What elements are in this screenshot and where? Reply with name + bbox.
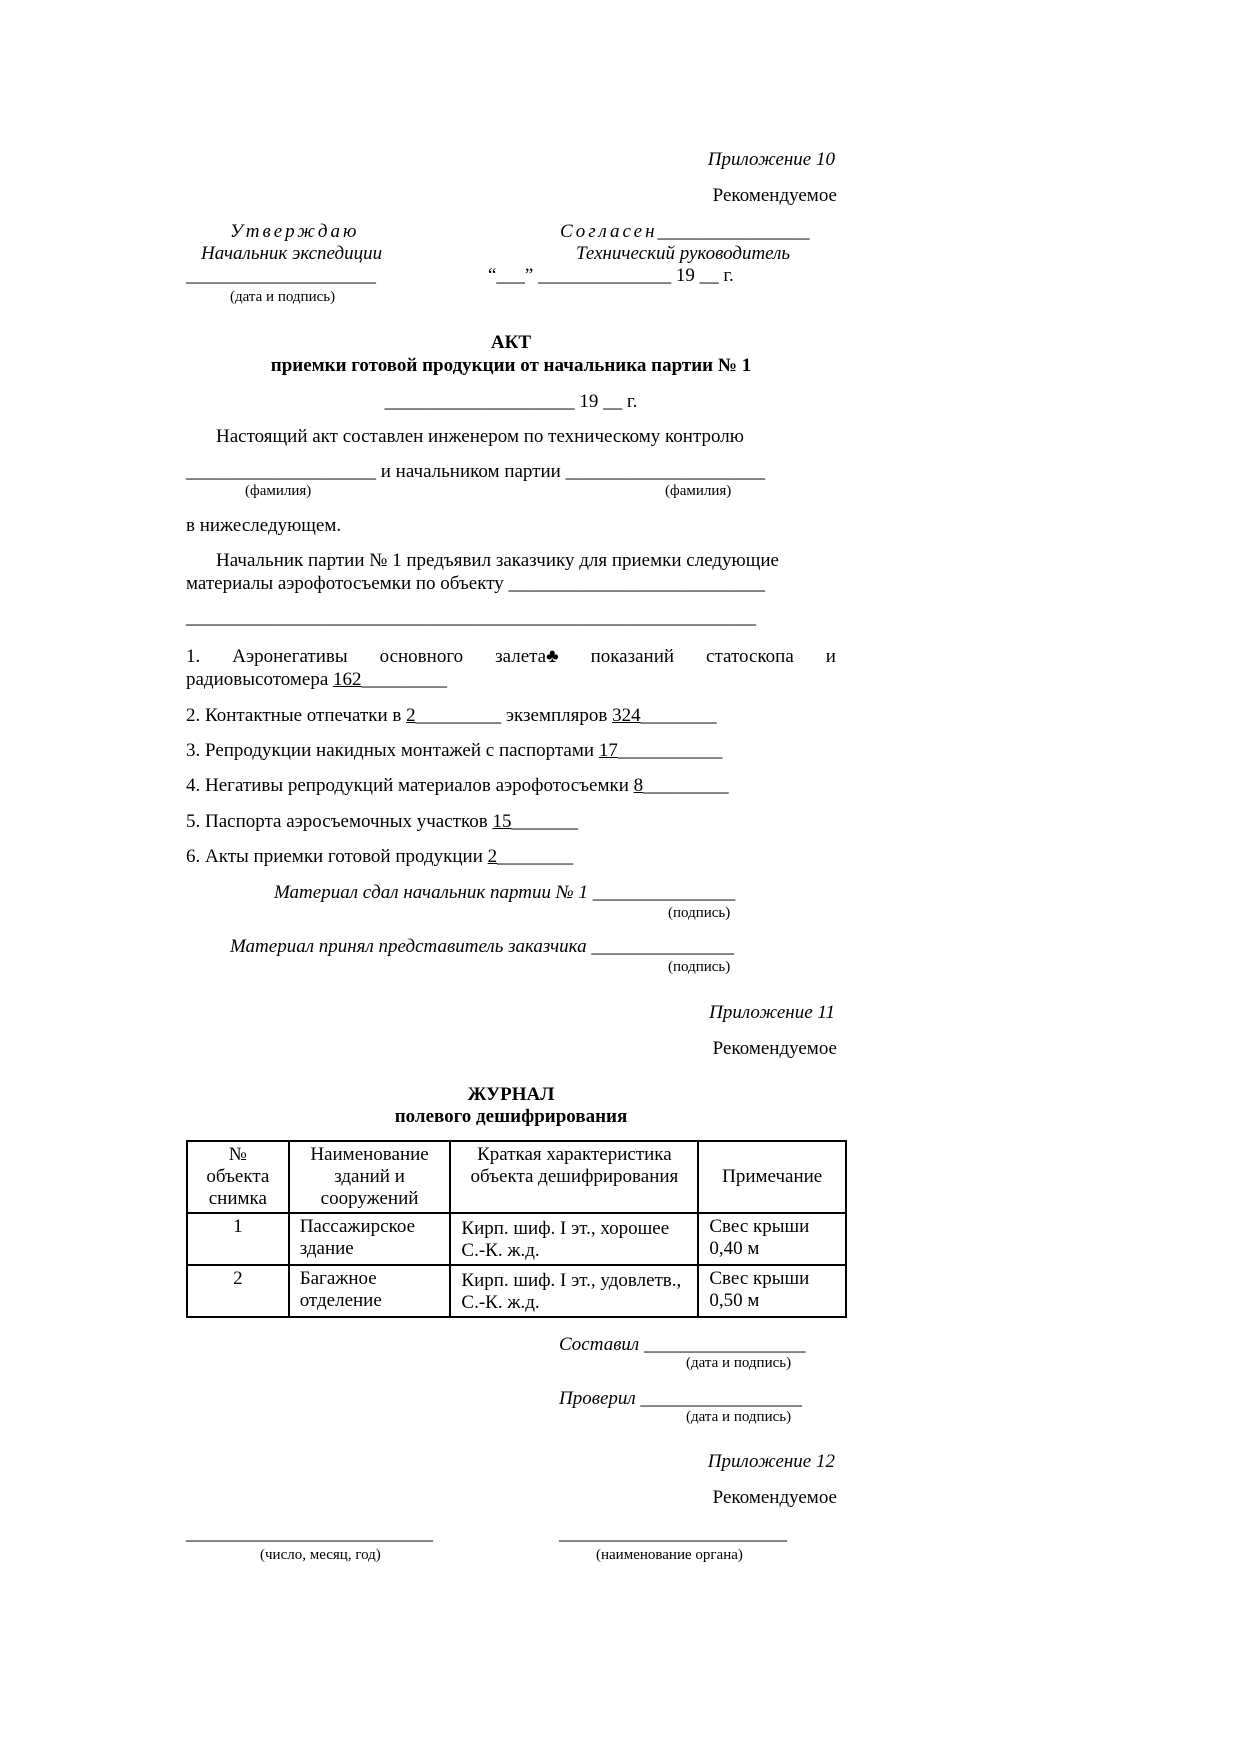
item-5: 5. Паспорта аэросъемочных участков 15___…: [186, 812, 578, 831]
item-2: 2. Контактные отпечатки в 2_________ экз…: [186, 706, 717, 725]
agree-date-line[interactable]: “___” ______________ 19 __ г.: [488, 266, 734, 285]
item-3: 3. Репродукции накидных монтажей с паспо…: [186, 741, 722, 760]
appendix-10-label: Приложение 10: [708, 150, 835, 169]
engineer-surname-caption: (фамилия): [245, 484, 311, 499]
agree-role: Технический руководитель: [576, 244, 790, 263]
organ-caption: (наименование органа): [596, 1548, 743, 1563]
cell-object-number: 1: [187, 1213, 289, 1265]
compiled-caption: (дата и подпись): [686, 1356, 791, 1371]
journal-subtitle: полевого дешифрирования: [186, 1107, 836, 1126]
item-2-copies-value[interactable]: 2: [406, 705, 416, 726]
act-names-row: ____________________ и начальником парти…: [186, 462, 765, 481]
accepted-caption: (подпись): [668, 960, 730, 975]
item-1-word: статоскопа: [706, 647, 794, 666]
agree-word: Согласен: [560, 221, 658, 242]
item-1-word: и: [826, 647, 836, 666]
item-2-text: 2. Контактные отпечатки в: [186, 705, 406, 726]
checked-caption: (дата и подпись): [686, 1410, 791, 1425]
item-6-blank[interactable]: ________: [497, 846, 573, 867]
appendix-11-status: Рекомендуемое: [713, 1039, 837, 1058]
header-note: Примечание: [698, 1141, 846, 1213]
item-2-count-value[interactable]: 324: [612, 705, 641, 726]
item-2-text-b: экземпляров: [501, 705, 612, 726]
party-chief-surname-line[interactable]: _____________________: [566, 461, 766, 482]
header-line: объекта: [192, 1166, 284, 1188]
cell-object-number: 2: [187, 1265, 289, 1317]
table-header-row: № объекта снимка Наименование зданий и с…: [187, 1141, 846, 1213]
item-4-value[interactable]: 8: [634, 775, 644, 796]
checked-signature[interactable]: Проверил _________________: [559, 1389, 802, 1408]
agree-signature-line[interactable]: ________________: [658, 221, 810, 242]
act-intro: Настоящий акт составлен инженером по тех…: [216, 427, 744, 446]
appendix-10-status: Рекомендуемое: [713, 186, 837, 205]
journal-title: ЖУРНАЛ: [186, 1085, 836, 1104]
item-1-text: радиовысотомера: [186, 669, 333, 690]
item-3-text: 3. Репродукции накидных монтажей с паспо…: [186, 740, 599, 761]
compiled-signature[interactable]: Составил _________________: [559, 1335, 805, 1354]
item-3-blank[interactable]: ___________: [618, 740, 723, 761]
header-line: снимка: [192, 1188, 284, 1210]
item-1-line-2: радиовысотомера 162_________: [186, 670, 447, 689]
act-paragraph-line-2[interactable]: материалы аэрофотосъемки по объекту ____…: [186, 574, 765, 593]
item-4: 4. Негативы репродукций материалов аэроф…: [186, 776, 729, 795]
item-1-word: 1.: [186, 647, 200, 666]
header-line: зданий и: [294, 1166, 446, 1188]
item-6-text: 6. Акты приемки готовой продукции: [186, 846, 488, 867]
item-5-blank[interactable]: _______: [511, 811, 578, 832]
act-following: в нижеследующем.: [186, 516, 341, 535]
act-paragraph-line-1: Начальник партии № 1 предъявил заказчику…: [216, 551, 779, 570]
cell-building-name: Багажное отделение: [289, 1265, 451, 1317]
names-mid-text: и начальником партии: [376, 461, 566, 482]
accepted-signature[interactable]: Материал принял представитель заказчика …: [230, 937, 734, 956]
appendix-12-label: Приложение 12: [708, 1452, 835, 1471]
act-paragraph-line-3[interactable]: ________________________________________…: [186, 608, 756, 627]
approve-role: Начальник экспедиции: [201, 244, 382, 263]
party-chief-surname-caption: (фамилия): [665, 484, 731, 499]
item-1-value[interactable]: 162: [333, 669, 362, 690]
appendix-11-label: Приложение 11: [709, 1003, 835, 1022]
header-object-number: № объекта снимка: [187, 1141, 289, 1213]
cell-building-name: Пассажирское здание: [289, 1213, 451, 1265]
header-building-name: Наименование зданий и сооружений: [289, 1141, 451, 1213]
item-3-value[interactable]: 17: [599, 740, 618, 761]
item-1-word: основного: [380, 647, 464, 666]
cell-note: Свес крыши 0,50 м: [698, 1265, 846, 1317]
header-description: Краткая характеристика объекта дешифриро…: [450, 1141, 698, 1213]
item-2-blank-b[interactable]: ________: [641, 705, 717, 726]
header-line: Наименование: [294, 1144, 446, 1166]
act-date-line[interactable]: ____________________ 19 __ г.: [186, 392, 836, 411]
journal-table: № объекта снимка Наименование зданий и с…: [186, 1140, 847, 1318]
item-1-word: показаний: [591, 647, 675, 666]
table-row: 1 Пассажирское здание Кирп. шиф. I эт., …: [187, 1213, 846, 1265]
engineer-surname-line[interactable]: ____________________: [186, 461, 376, 482]
header-line: Примечание: [703, 1166, 841, 1188]
item-1-word: залета♣: [495, 647, 558, 666]
item-6-value[interactable]: 2: [488, 846, 498, 867]
item-4-text: 4. Негативы репродукций материалов аэроф…: [186, 775, 634, 796]
cell-note: Свес крыши 0,40 м: [698, 1213, 846, 1265]
appendix-12-status: Рекомендуемое: [713, 1488, 837, 1507]
item-2-blank[interactable]: _________: [416, 705, 502, 726]
item-1-blank[interactable]: _________: [362, 669, 448, 690]
act-title: АКТ: [186, 333, 836, 352]
organ-line[interactable]: ________________________: [559, 1524, 787, 1543]
header-line: №: [192, 1144, 284, 1166]
header-line: Краткая характеристика: [455, 1144, 693, 1166]
handed-over-caption: (подпись): [668, 906, 730, 921]
agree-block: Согласен________________: [560, 222, 810, 241]
item-5-text: 5. Паспорта аэросъемочных участков: [186, 811, 492, 832]
date-line[interactable]: __________________________: [186, 1524, 433, 1543]
date-caption: (число, месяц, год): [260, 1548, 381, 1563]
item-1-line-1: 1. Аэронегативы основного залета♣ показа…: [186, 647, 836, 666]
act-subtitle: приемки готовой продукции от начальника …: [186, 356, 836, 375]
approve-word: Утверждаю: [230, 222, 359, 241]
item-1-word: Аэронегативы: [232, 647, 347, 666]
header-line: сооружений: [294, 1188, 446, 1210]
cell-description: Кирп. шиф. I эт., хорошее С.-К. ж.д.: [450, 1213, 698, 1265]
cell-description: Кирп. шиф. I эт., удовлетв., С.-К. ж.д.: [450, 1265, 698, 1317]
approve-caption: (дата и подпись): [230, 290, 335, 305]
handed-over-signature[interactable]: Материал сдал начальник партии № 1 _____…: [274, 883, 735, 902]
item-5-value[interactable]: 15: [492, 811, 511, 832]
item-6: 6. Акты приемки готовой продукции 2_____…: [186, 847, 573, 866]
item-4-blank[interactable]: _________: [643, 775, 729, 796]
header-line: объекта дешифрирования: [455, 1166, 693, 1188]
table-row: 2 Багажное отделение Кирп. шиф. I эт., у…: [187, 1265, 846, 1317]
approve-signature-line[interactable]: ____________________: [186, 266, 376, 285]
